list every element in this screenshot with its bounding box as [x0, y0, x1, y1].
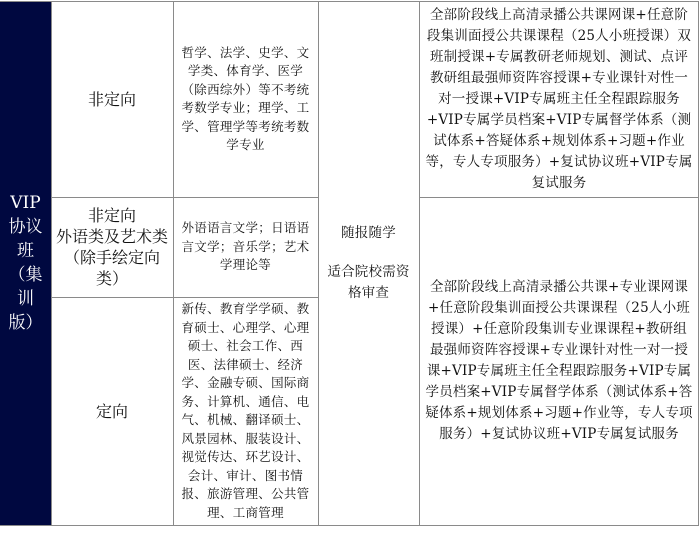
majors-cell-language-art: 外语语言文学；日语语言文学；音乐学；艺术学理论等: [173, 197, 318, 297]
table-border-bottom: [0, 525, 699, 526]
category-label: 非定向: [88, 205, 136, 226]
service-cell-non-directed: 全部阶段线上高清录播公共课网课+任意阶段集训面授公共课课程（25人小班授课）双班…: [419, 1, 699, 197]
col-divider-1: [51, 1, 52, 526]
majors-text: 外语语言文学；日语语言文学；音乐学；艺术学理论等: [179, 219, 312, 275]
row-divider-1: [51, 197, 318, 198]
group-label-cell: VIP 协议 班 （集 训 版）: [0, 1, 51, 525]
row-divider-1-service: [419, 197, 699, 198]
enrollment-line2: 适合院校需资格审查: [326, 262, 411, 304]
col-divider-4: [419, 1, 420, 526]
col-divider-2: [173, 1, 174, 526]
majors-text: 哲学、法学、史学、文学类、体育学、医学（除西综外）等不考统考数学专业；理学、工学…: [179, 44, 312, 155]
majors-text: 新传、教育学学硕、教育硕士、心理学、心理硕士、社会工作、西医、法律硕士、经济学、…: [178, 300, 313, 522]
enrollment-line1: 随报随学: [341, 223, 396, 244]
category-sublabel: 外语类及艺术类 （除手绘定向类）: [55, 226, 169, 289]
service-text: 全部阶段线上高清录播公共课+专业课网课+任意阶段集训面授公共课课程（25人小班授…: [425, 277, 693, 445]
enrollment-cell: 随报随学 适合院校需资格审查: [318, 1, 419, 525]
col-divider-3: [318, 1, 319, 526]
group-label: VIP 协议 班 （集 训 版）: [9, 191, 43, 335]
row-divider-2: [51, 297, 318, 298]
category-cell-language-art: 非定向 外语类及艺术类 （除手绘定向类）: [51, 197, 173, 297]
service-text: 全部阶段线上高清录播公共课网课+任意阶段集训面授公共课课程（25人小班授课）双班…: [425, 5, 693, 194]
category-label: 定向: [96, 401, 128, 422]
service-cell-directed: 全部阶段线上高清录播公共课+专业课网课+任意阶段集训面授公共课课程（25人小班授…: [419, 197, 699, 525]
table-border-top: [0, 1, 699, 2]
majors-cell-non-directed: 哲学、法学、史学、文学类、体育学、医学（除西综外）等不考统考数学专业；理学、工学…: [173, 1, 318, 197]
category-cell-directed: 定向: [51, 297, 173, 525]
table-border-right: [698, 1, 699, 526]
category-label: 非定向: [88, 89, 136, 110]
category-cell-non-directed: 非定向: [51, 1, 173, 197]
majors-cell-directed: 新传、教育学学硕、教育硕士、心理学、心理硕士、社会工作、西医、法律硕士、经济学、…: [173, 297, 318, 525]
